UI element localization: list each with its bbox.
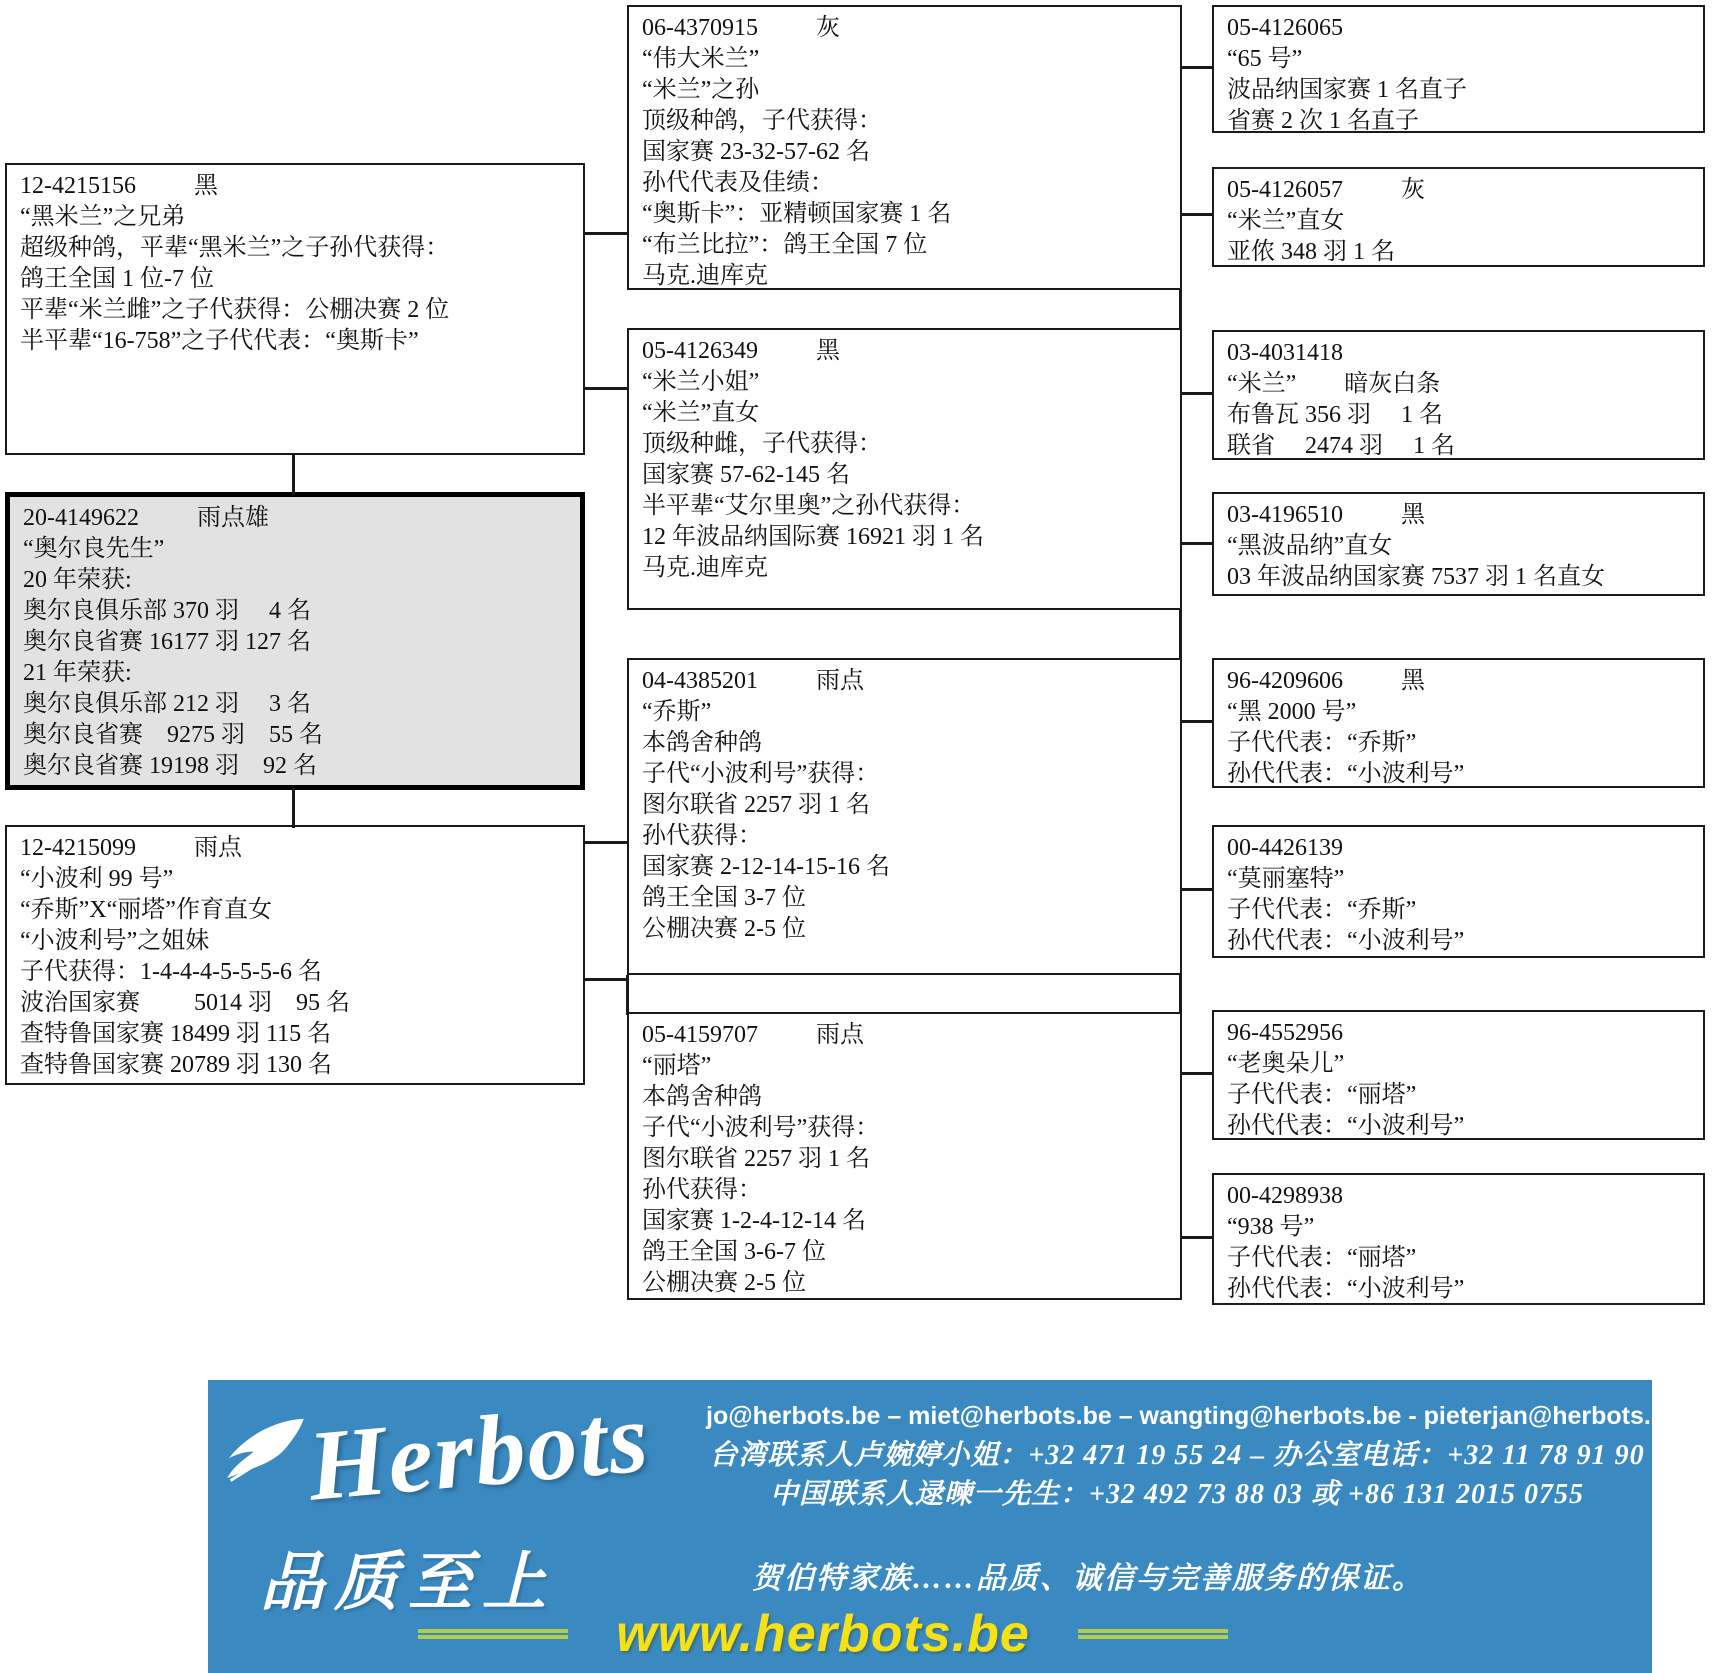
- pedigree-box-granddam-1: 05-4126349黑 “米兰小姐”“米兰”直女顶级种雌，子代获得：国家赛 57…: [627, 328, 1182, 610]
- connector-line: [292, 455, 295, 495]
- banner-tagline: 贺伯特家族……品质、诚信与完善服务的保证。: [608, 1562, 1568, 1596]
- pedigree-box-greatgrandparent-2: 05-4126057灰 “米兰”直女亚侬 348 羽 1 名: [1212, 167, 1705, 267]
- herbots-logo-text: Herbots: [304, 1387, 653, 1516]
- box-lines: “丽塔”本鸽舍种鸽子代“小波利号”获得：图尔联省 2257 羽 1 名孙代获得：…: [642, 1051, 1172, 1299]
- box-lines: “小波利 99 号”“乔斯”X“丽塔”作育直女“小波利号”之姐妹子代获得：1-4…: [20, 864, 575, 1081]
- connector-line: [585, 978, 627, 981]
- box-header: 12-4215099雨点: [20, 833, 575, 864]
- pedigree-box-granddam-2: 05-4159707雨点 “丽塔”本鸽舍种鸽子代“小波利号”获得：图尔联省 22…: [627, 1012, 1182, 1300]
- pedigree-line: 半平辈“艾尔里奥”之孙代获得：: [642, 491, 1172, 522]
- pedigree-box-greatgrandparent-1: 05-4126065 “65 号”波品纳国家赛 1 名直子省赛 2 次 1 名直…: [1212, 5, 1705, 133]
- pedigree-box-greatgrandparent-8: 00-4298938 “938 号”子代代表：“丽塔”孙代代表：“小波利号”: [1212, 1173, 1705, 1305]
- box-lines: “米兰小姐”“米兰”直女顶级种雌，子代获得：国家赛 57-62-145 名半平辈…: [642, 367, 1172, 584]
- ring-number: 03-4196510: [1227, 502, 1343, 528]
- pedigree-line: 子代“小波利号”获得：: [642, 759, 1172, 790]
- pedigree-line: 孙代代表：“小波利号”: [1227, 926, 1695, 957]
- ring-number: 04-4385201: [642, 668, 758, 694]
- pedigree-box-father: 12-4215156黑 “黑米兰”之兄弟超级种鸽，平辈“黑米兰”之子孙代获得：鸽…: [5, 163, 585, 455]
- pedigree-line: 子代代表：“乔斯”: [1227, 895, 1695, 926]
- pedigree-line: 鸽王全国 3-6-7 位: [642, 1237, 1172, 1268]
- pedigree-line: 半平辈“16-758”之子代代表：“奥斯卡”: [20, 326, 575, 357]
- pedigree-line: 03 年波品纳国家赛 7537 羽 1 名直女: [1227, 562, 1695, 593]
- connector-line: [1182, 888, 1212, 891]
- box-header: 20-4149622雨点雄: [23, 503, 572, 534]
- connector-line: [1182, 392, 1212, 395]
- connector-line: [585, 387, 627, 390]
- connector-line: [585, 232, 627, 235]
- banner-emails: jo@herbots.be – miet@herbots.be – wangti…: [706, 1400, 1648, 1432]
- double-rule-right: [1078, 1629, 1228, 1639]
- pedigree-box-greatgrandparent-4: 03-4196510黑 “黑波品纳”直女03 年波品纳国家赛 7537 羽 1 …: [1212, 492, 1705, 596]
- pedigree-line: 省赛 2 次 1 名直子: [1227, 106, 1695, 133]
- box-lines: “莫丽塞特”子代代表：“乔斯”孙代代表：“小波利号”: [1227, 864, 1695, 957]
- banner-website: www.herbots.be: [616, 1606, 1030, 1662]
- box-header: 03-4031418: [1227, 338, 1695, 369]
- pedigree-line: 国家赛 23-32-57-62 名: [642, 137, 1172, 168]
- pedigree-box-greatgrandparent-7: 96-4552956 “老奥朵儿”子代代表：“丽塔”孙代代表：“小波利号”: [1212, 1010, 1705, 1140]
- pedigree-line: “莫丽塞特”: [1227, 864, 1695, 895]
- connector-line: [1179, 975, 1182, 1012]
- herbots-logo: Herbots: [218, 1402, 650, 1502]
- ring-number: 05-4126065: [1227, 15, 1343, 41]
- pedigree-line: 子代获得：1-4-4-4-5-5-5-6 名: [20, 957, 575, 988]
- ring-number: 96-4552956: [1227, 1020, 1343, 1046]
- pedigree-line: 奥尔良省赛 16177 羽 127 名: [23, 627, 572, 658]
- ring-number: 00-4426139: [1227, 835, 1343, 861]
- ring-number: 12-4215099: [20, 835, 136, 861]
- feather-color-label: 灰: [1401, 177, 1425, 203]
- pedigree-line: 马克.迪库克: [642, 553, 1172, 584]
- box-header: 04-4385201雨点: [642, 666, 1172, 697]
- feather-icon: [214, 1413, 318, 1491]
- connector-line: [1179, 290, 1182, 328]
- pedigree-line: 鸽王全国 1 位-7 位: [20, 264, 575, 295]
- box-lines: “938 号”子代代表：“丽塔”孙代代表：“小波利号”: [1227, 1212, 1695, 1305]
- pedigree-line: 亚侬 348 羽 1 名: [1227, 237, 1695, 267]
- feather-color-label: 黑: [816, 338, 840, 364]
- pedigree-line: “黑 2000 号”: [1227, 697, 1695, 728]
- feather-color-label: 雨点: [816, 668, 864, 694]
- pedigree-line: “米兰”之孙: [642, 75, 1172, 106]
- feather-color-label: 黑: [1401, 502, 1425, 528]
- box-header: 00-4426139: [1227, 833, 1695, 864]
- feather-color-label: 雨点: [816, 1022, 864, 1048]
- pedigree-line: “奥尔良先生”: [23, 534, 572, 565]
- ring-number: 06-4370915: [642, 15, 758, 41]
- pedigree-line: 孙代代表：“小波利号”: [1227, 1111, 1695, 1140]
- connector-line: [1182, 720, 1212, 723]
- pedigree-line: 马克.迪库克: [642, 261, 1172, 290]
- pedigree-line: 奥尔良省赛 19198 羽 92 名: [23, 751, 572, 782]
- pedigree-line: “老奥朵儿”: [1227, 1049, 1695, 1080]
- pedigree-line: 超级种鸽，平辈“黑米兰”之子孙代获得：: [20, 233, 575, 264]
- connector-line: [1182, 213, 1212, 216]
- pedigree-box-mother: 12-4215099雨点 “小波利 99 号”“乔斯”X“丽塔”作育直女“小波利…: [5, 825, 585, 1085]
- pedigree-line: 12 年波品纳国际赛 16921 羽 1 名: [642, 522, 1172, 553]
- ring-number: 05-4126349: [642, 338, 758, 364]
- pedigree-line: 波治国家赛 5014 羽 95 名: [20, 988, 575, 1019]
- feather-color-label: 黑: [194, 173, 218, 199]
- pedigree-line: 国家赛 57-62-145 名: [642, 460, 1172, 491]
- pedigree-line: 公棚决赛 2-5 位: [642, 914, 1172, 945]
- pedigree-line: 本鸽舍种鸽: [642, 728, 1172, 759]
- box-lines: “伟大米兰”“米兰”之孙顶级种鸽，子代获得：国家赛 23-32-57-62 名孙…: [642, 44, 1172, 290]
- box-header: 03-4196510黑: [1227, 500, 1695, 531]
- box-header: 06-4370915灰: [642, 13, 1172, 44]
- pedigree-line: “布兰比拉”：鸽王全国 7 位: [642, 230, 1172, 261]
- box-lines: “65 号”波品纳国家赛 1 名直子省赛 2 次 1 名直子: [1227, 44, 1695, 133]
- feather-color-label: 雨点: [194, 835, 242, 861]
- double-rule-left: [418, 1629, 568, 1639]
- connector-line: [1182, 66, 1212, 69]
- pedigree-line: 孙代获得：: [642, 821, 1172, 852]
- ring-number: 00-4298938: [1227, 1183, 1343, 1209]
- pedigree-line: 国家赛 1-2-4-12-14 名: [642, 1206, 1172, 1237]
- pedigree-line: 孙代代表：“小波利号”: [1227, 759, 1695, 788]
- pedigree-line: 联省 2474 羽 1 名: [1227, 431, 1695, 460]
- ring-number: 12-4215156: [20, 173, 136, 199]
- box-header: 05-4126065: [1227, 13, 1695, 44]
- pedigree-line: “乔斯”X“丽塔”作育直女: [20, 895, 575, 926]
- pedigree-line: 顶级种鸽，子代获得：: [642, 106, 1172, 137]
- ring-number: 96-4209606: [1227, 668, 1343, 694]
- pedigree-line: 布鲁瓦 356 羽 1 名: [1227, 400, 1695, 431]
- pedigree-line: 孙代代表：“小波利号”: [1227, 1274, 1695, 1305]
- pedigree-line: 查特鲁国家赛 20789 羽 130 名: [20, 1050, 575, 1081]
- ring-number: 03-4031418: [1227, 340, 1343, 366]
- pedigree-line: “伟大米兰”: [642, 44, 1172, 75]
- pedigree-line: “奥斯卡”：亚精顿国家赛 1 名: [642, 199, 1172, 230]
- pedigree-line: 奥尔良俱乐部 370 羽 4 名: [23, 596, 572, 627]
- pedigree-line: 20 年荣获:: [23, 565, 572, 596]
- box-header: 00-4298938: [1227, 1181, 1695, 1212]
- pedigree-line: “黑波品纳”直女: [1227, 531, 1695, 562]
- pedigree-line: “黑米兰”之兄弟: [20, 202, 575, 233]
- pedigree-box-grandsire-1: 06-4370915灰 “伟大米兰”“米兰”之孙顶级种鸽，子代获得：国家赛 23…: [627, 5, 1182, 290]
- box-lines: “米兰”直女亚侬 348 羽 1 名: [1227, 206, 1695, 267]
- pedigree-line: “米兰”直女: [642, 398, 1172, 429]
- banner-website-row: www.herbots.be: [303, 1606, 1343, 1662]
- box-header: 05-4159707雨点: [642, 1020, 1172, 1051]
- connector-line: [292, 788, 295, 828]
- banner-contact-block: jo@herbots.be – miet@herbots.be – wangti…: [706, 1400, 1648, 1510]
- pedigree-line: “丽塔”: [642, 1051, 1172, 1082]
- box-lines: “米兰” 暗灰白条布鲁瓦 356 羽 1 名联省 2474 羽 1 名: [1227, 369, 1695, 460]
- connector-line: [1182, 1072, 1212, 1075]
- pedigree-line: 国家赛 2-12-14-15-16 名: [642, 852, 1172, 883]
- pedigree-line: 子代代表：“乔斯”: [1227, 728, 1695, 759]
- box-lines: “黑 2000 号”子代代表：“乔斯”孙代代表：“小波利号”: [1227, 697, 1695, 788]
- box-header: 05-4126349黑: [642, 336, 1172, 367]
- box-lines: “老奥朵儿”子代代表：“丽塔”孙代代表：“小波利号”: [1227, 1049, 1695, 1140]
- connector-line: [1182, 542, 1212, 545]
- banner-contact-china: 中国联系人逯暕一先生：+32 492 73 88 03 或 +86 131 20…: [706, 1480, 1648, 1510]
- pedigree-line: 平辈“米兰雌”之子代获得：公棚决赛 2 位: [20, 295, 575, 326]
- pedigree-line: 21 年荣获:: [23, 658, 572, 689]
- connector-line: [585, 841, 627, 844]
- pedigree-line: “小波利号”之姐妹: [20, 926, 575, 957]
- box-header: 96-4209606黑: [1227, 666, 1695, 697]
- feather-color-label: 雨点雄: [197, 505, 269, 531]
- pedigree-line: 顶级种雌，子代获得：: [642, 429, 1172, 460]
- pedigree-line: 公棚决赛 2-5 位: [642, 1268, 1172, 1299]
- box-lines: “乔斯”本鸽舍种鸽子代“小波利号”获得：图尔联省 2257 羽 1 名孙代获得：…: [642, 697, 1172, 945]
- pedigree-box-main-pigeon: 20-4149622雨点雄 “奥尔良先生”20 年荣获:奥尔良俱乐部 370 羽…: [5, 492, 585, 790]
- ring-number: 20-4149622: [23, 505, 139, 531]
- pedigree-line: 子代代表：“丽塔”: [1227, 1080, 1695, 1111]
- box-lines: “黑波品纳”直女03 年波品纳国家赛 7537 羽 1 名直女: [1227, 531, 1695, 593]
- pedigree-line: “938 号”: [1227, 1212, 1695, 1243]
- pedigree-box-greatgrandparent-6: 00-4426139 “莫丽塞特”子代代表：“乔斯”孙代代表：“小波利号”: [1212, 825, 1705, 958]
- pedigree-line: 图尔联省 2257 羽 1 名: [642, 790, 1172, 821]
- pedigree-line: 鸽王全国 3-7 位: [642, 883, 1172, 914]
- pedigree-line: 波品纳国家赛 1 名直子: [1227, 75, 1695, 106]
- herbots-banner: Herbots 品质至上 jo@herbots.be – miet@herbot…: [208, 1380, 1652, 1673]
- connector-line: [1182, 1236, 1212, 1239]
- pedigree-line: 孙代获得：: [642, 1175, 1172, 1206]
- connector-line: [1179, 610, 1182, 658]
- pedigree-line: 孙代代表及佳绩：: [642, 168, 1172, 199]
- pedigree-line: “65 号”: [1227, 44, 1695, 75]
- pedigree-chart: 12-4215156黑 “黑米兰”之兄弟超级种鸽，平辈“黑米兰”之子孙代获得：鸽…: [0, 0, 1720, 1673]
- pedigree-line: 本鸽舍种鸽: [642, 1082, 1172, 1113]
- pedigree-line: 子代“小波利号”获得：: [642, 1113, 1172, 1144]
- box-header: 96-4552956: [1227, 1018, 1695, 1049]
- box-header: 12-4215156黑: [20, 171, 575, 202]
- box-header: 05-4126057灰: [1227, 175, 1695, 206]
- pedigree-box-grandsire-2: 04-4385201雨点 “乔斯”本鸽舍种鸽子代“小波利号”获得：图尔联省 22…: [627, 658, 1182, 975]
- pedigree-box-greatgrandparent-5: 96-4209606黑 “黑 2000 号”子代代表：“乔斯”孙代代表：“小波利…: [1212, 658, 1705, 788]
- connector-line: [626, 975, 629, 1015]
- pedigree-line: “小波利 99 号”: [20, 864, 575, 895]
- box-lines: “黑米兰”之兄弟超级种鸽，平辈“黑米兰”之子孙代获得：鸽王全国 1 位-7 位平…: [20, 202, 575, 357]
- pedigree-line: 奥尔良省赛 9275 羽 55 名: [23, 720, 572, 751]
- pedigree-line: “乔斯”: [642, 697, 1172, 728]
- pedigree-line: 子代代表：“丽塔”: [1227, 1243, 1695, 1274]
- ring-number: 05-4126057: [1227, 177, 1343, 203]
- pedigree-line: “米兰小姐”: [642, 367, 1172, 398]
- pedigree-line: “米兰”直女: [1227, 206, 1695, 237]
- feather-color-label: 黑: [1401, 668, 1425, 694]
- ring-number: 05-4159707: [642, 1022, 758, 1048]
- pedigree-line: 查特鲁国家赛 18499 羽 115 名: [20, 1019, 575, 1050]
- banner-contact-taiwan: 台湾联系人卢婉婷小姐：+32 471 19 55 24 – 办公室电话：+32 …: [706, 1441, 1648, 1471]
- feather-color-label: 灰: [816, 15, 840, 41]
- pedigree-box-greatgrandparent-3: 03-4031418 “米兰” 暗灰白条布鲁瓦 356 羽 1 名联省 2474…: [1212, 330, 1705, 460]
- box-lines: “奥尔良先生”20 年荣获:奥尔良俱乐部 370 羽 4 名奥尔良省赛 1617…: [23, 534, 572, 782]
- pedigree-line: 图尔联省 2257 羽 1 名: [642, 1144, 1172, 1175]
- pedigree-line: 奥尔良俱乐部 212 羽 3 名: [23, 689, 572, 720]
- pedigree-line: “米兰” 暗灰白条: [1227, 369, 1695, 400]
